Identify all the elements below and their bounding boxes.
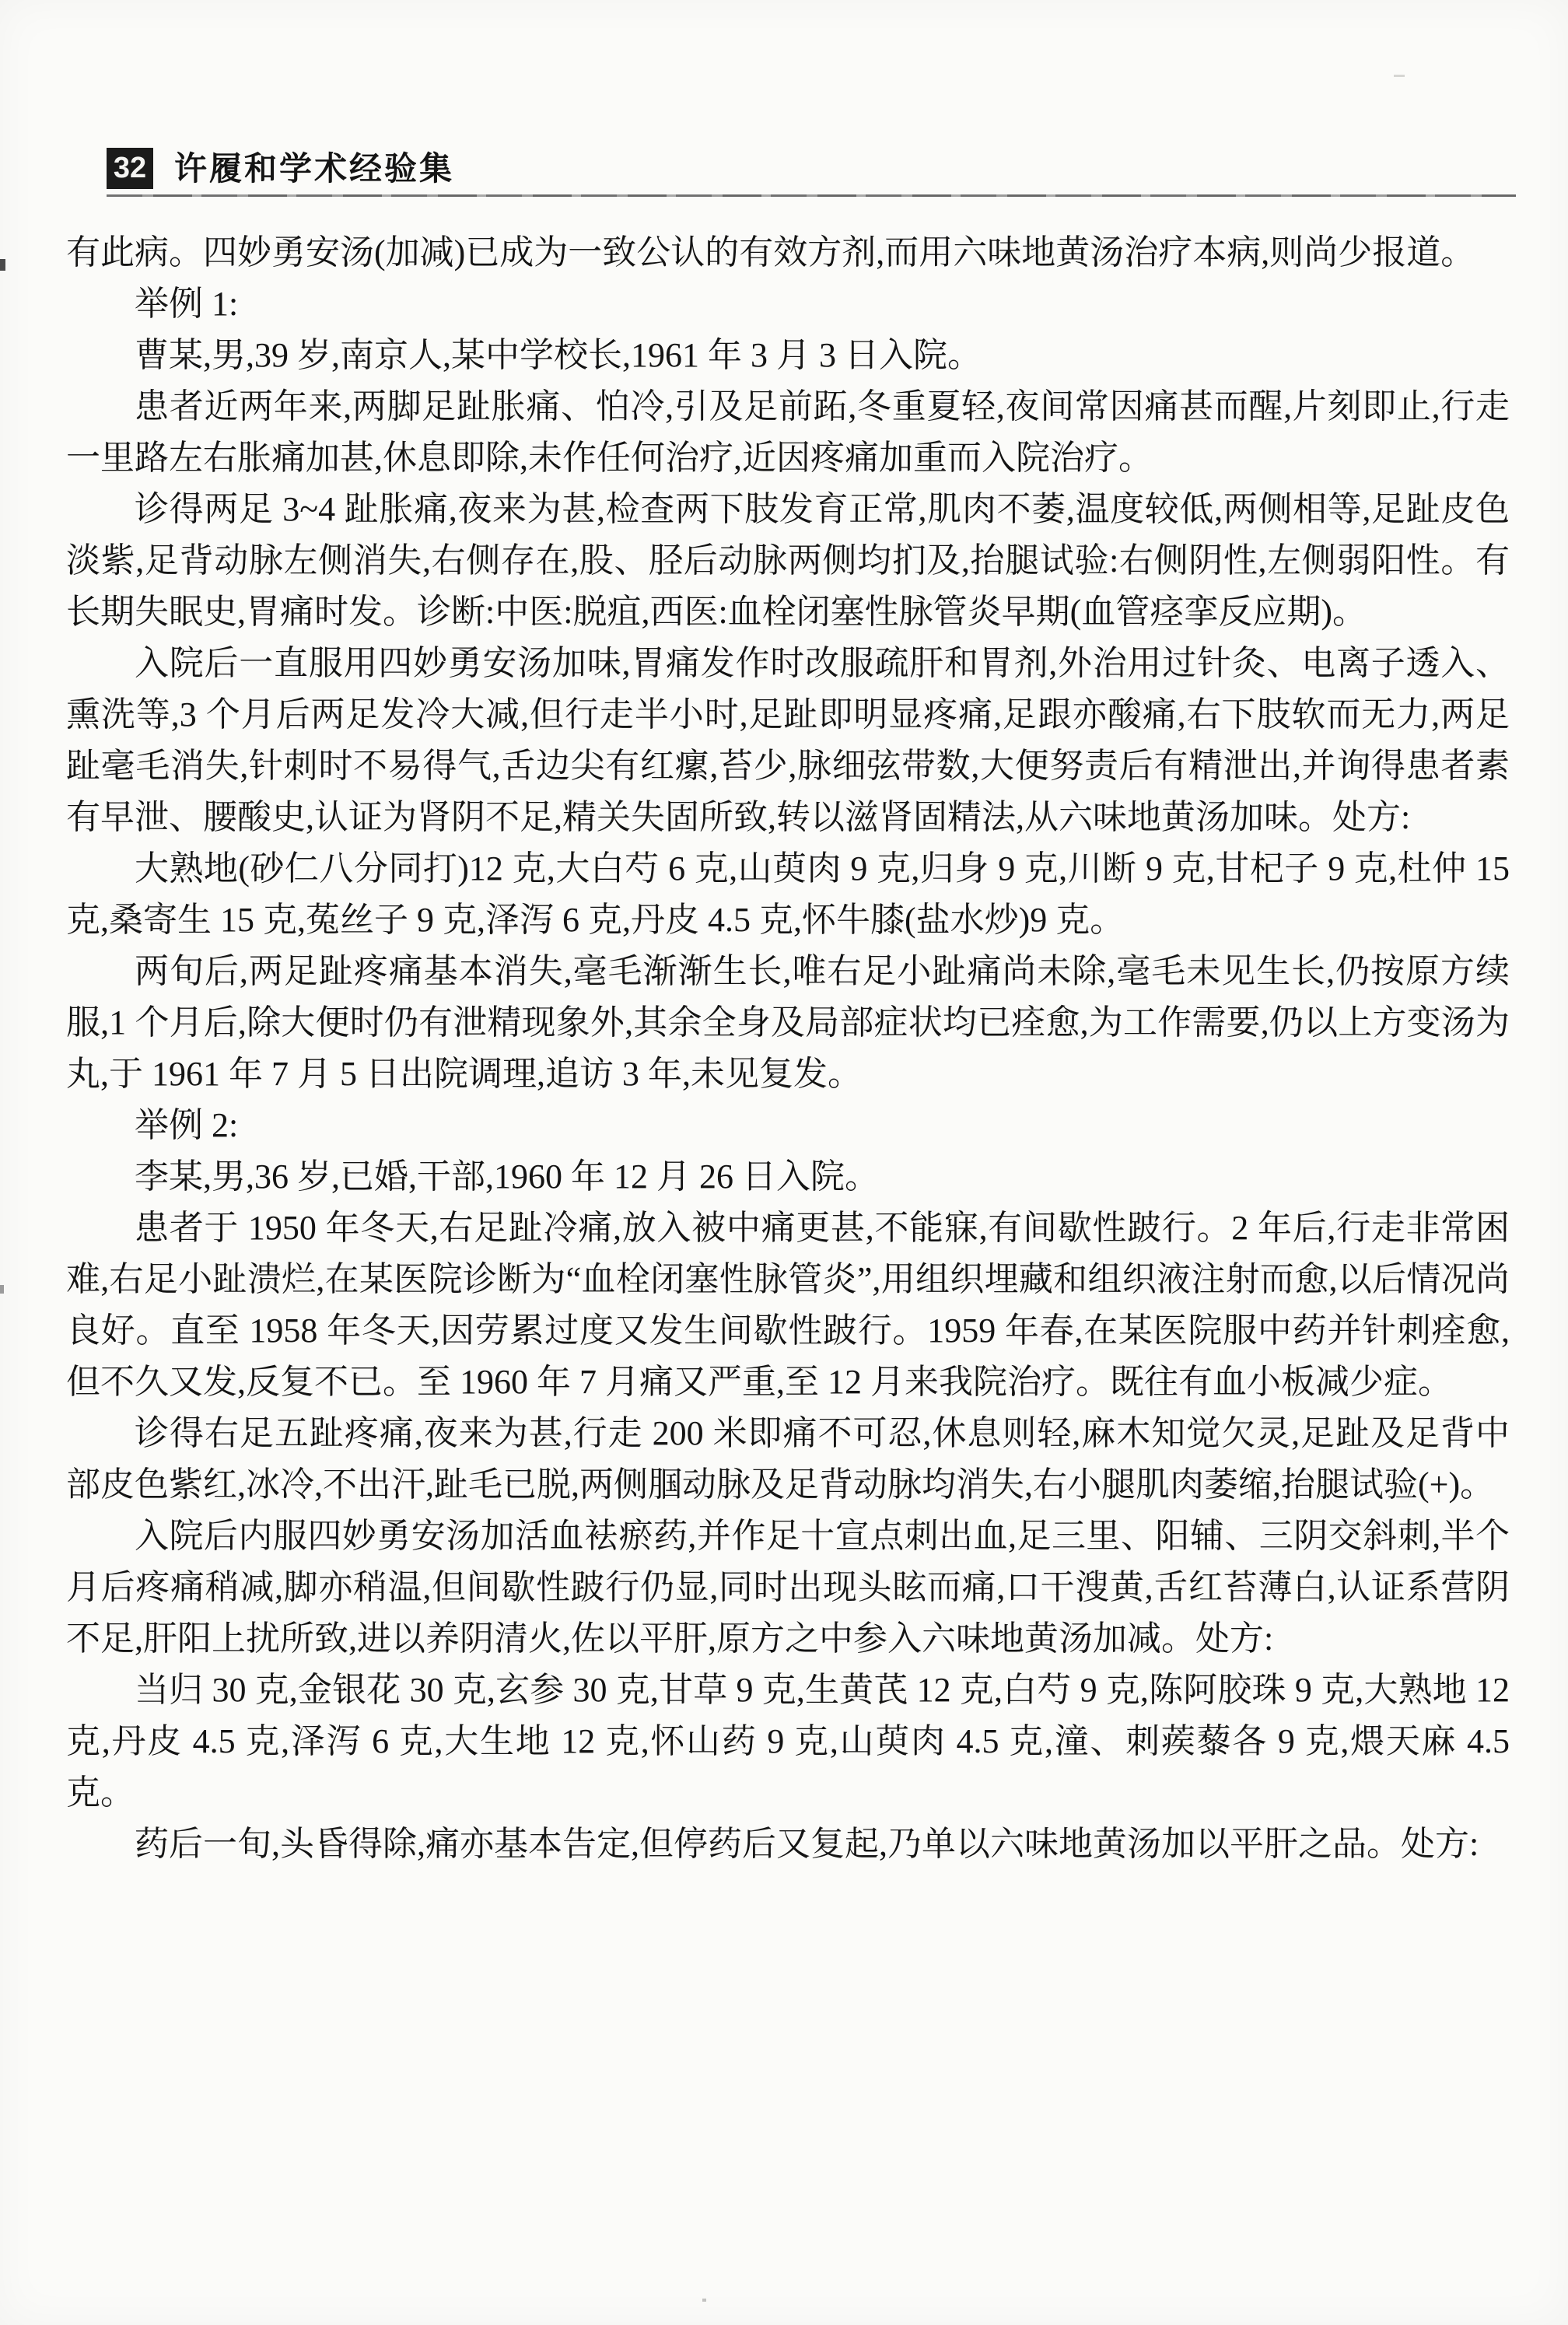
paragraph: 诊得两足 3~4 趾胀痛,夜来为甚,检查两下肢发育正常,肌肉不萎,温度较低,两侧… xyxy=(66,484,1510,638)
book-title: 许履和学术经验集 xyxy=(174,150,454,187)
paragraph: 曹某,男,39 岁,南京人,某中学校长,1961 年 3 月 3 日入院。 xyxy=(66,330,1510,381)
paragraph: 有此病。四妙勇安汤(加减)已成为一致公认的有效方剂,而用六味地黄汤治疗本病,则尚… xyxy=(66,227,1510,278)
text-content: 有此病。四妙勇安汤(加减)已成为一致公认的有效方剂,而用六味地黄汤治疗本病,则尚… xyxy=(66,227,1510,1870)
paragraph: 患者近两年来,两脚足趾胀痛、怕冷,引及足前跖,冬重夏轻,夜间常因痛甚而醒,片刻即… xyxy=(66,381,1510,484)
scan-artifact xyxy=(0,1285,4,1294)
paragraph: 当归 30 克,金银花 30 克,玄参 30 克,甘草 9 克,生黄芪 12 克… xyxy=(66,1665,1510,1819)
paragraph: 举例 2: xyxy=(66,1100,1510,1151)
paragraph: 李某,男,36 岁,已婚,干部,1960 年 12 月 26 日入院。 xyxy=(66,1151,1510,1203)
paragraph: 诊得右足五趾疼痛,夜来为甚,行走 200 米即痛不可忍,休息则轻,麻木知觉欠灵,… xyxy=(66,1408,1510,1511)
page-number-badge: 32 xyxy=(107,148,153,189)
paragraph: 入院后内服四妙勇安汤加活血袪瘀药,并作足十宣点刺出血,足三里、阳辅、三阴交斜刺,… xyxy=(66,1511,1510,1665)
scan-artifact xyxy=(1394,75,1405,77)
paragraph: 患者于 1950 年冬天,右足趾冷痛,放入被中痛更甚,不能寐,有间歇性跛行。2 … xyxy=(66,1203,1510,1408)
paragraph: 两旬后,两足趾疼痛基本消失,毫毛渐渐生长,唯右足小趾痛尚未除,毫毛未见生长,仍按… xyxy=(66,946,1510,1100)
paragraph: 举例 1: xyxy=(66,278,1510,330)
scan-artifact xyxy=(702,2299,706,2302)
paragraph: 药后一旬,头昏得除,痛亦基本告定,但停药后又复起,乃单以六味地黄汤加以平肝之品。… xyxy=(66,1819,1510,1870)
book-page: 32 许履和学术经验集 有此病。四妙勇安汤(加减)已成为一致公认的有效方剂,而用… xyxy=(0,0,1568,2325)
header-rule xyxy=(107,194,1516,197)
scan-artifact xyxy=(0,259,5,271)
paragraph: 入院后一直服用四妙勇安汤加味,胃痛发作时改服疏肝和胃剂,外治用过针灸、电离子透入… xyxy=(66,638,1510,843)
paragraph: 大熟地(砂仁八分同打)12 克,大白芍 6 克,山萸肉 9 克,归身 9 克,川… xyxy=(66,843,1510,946)
